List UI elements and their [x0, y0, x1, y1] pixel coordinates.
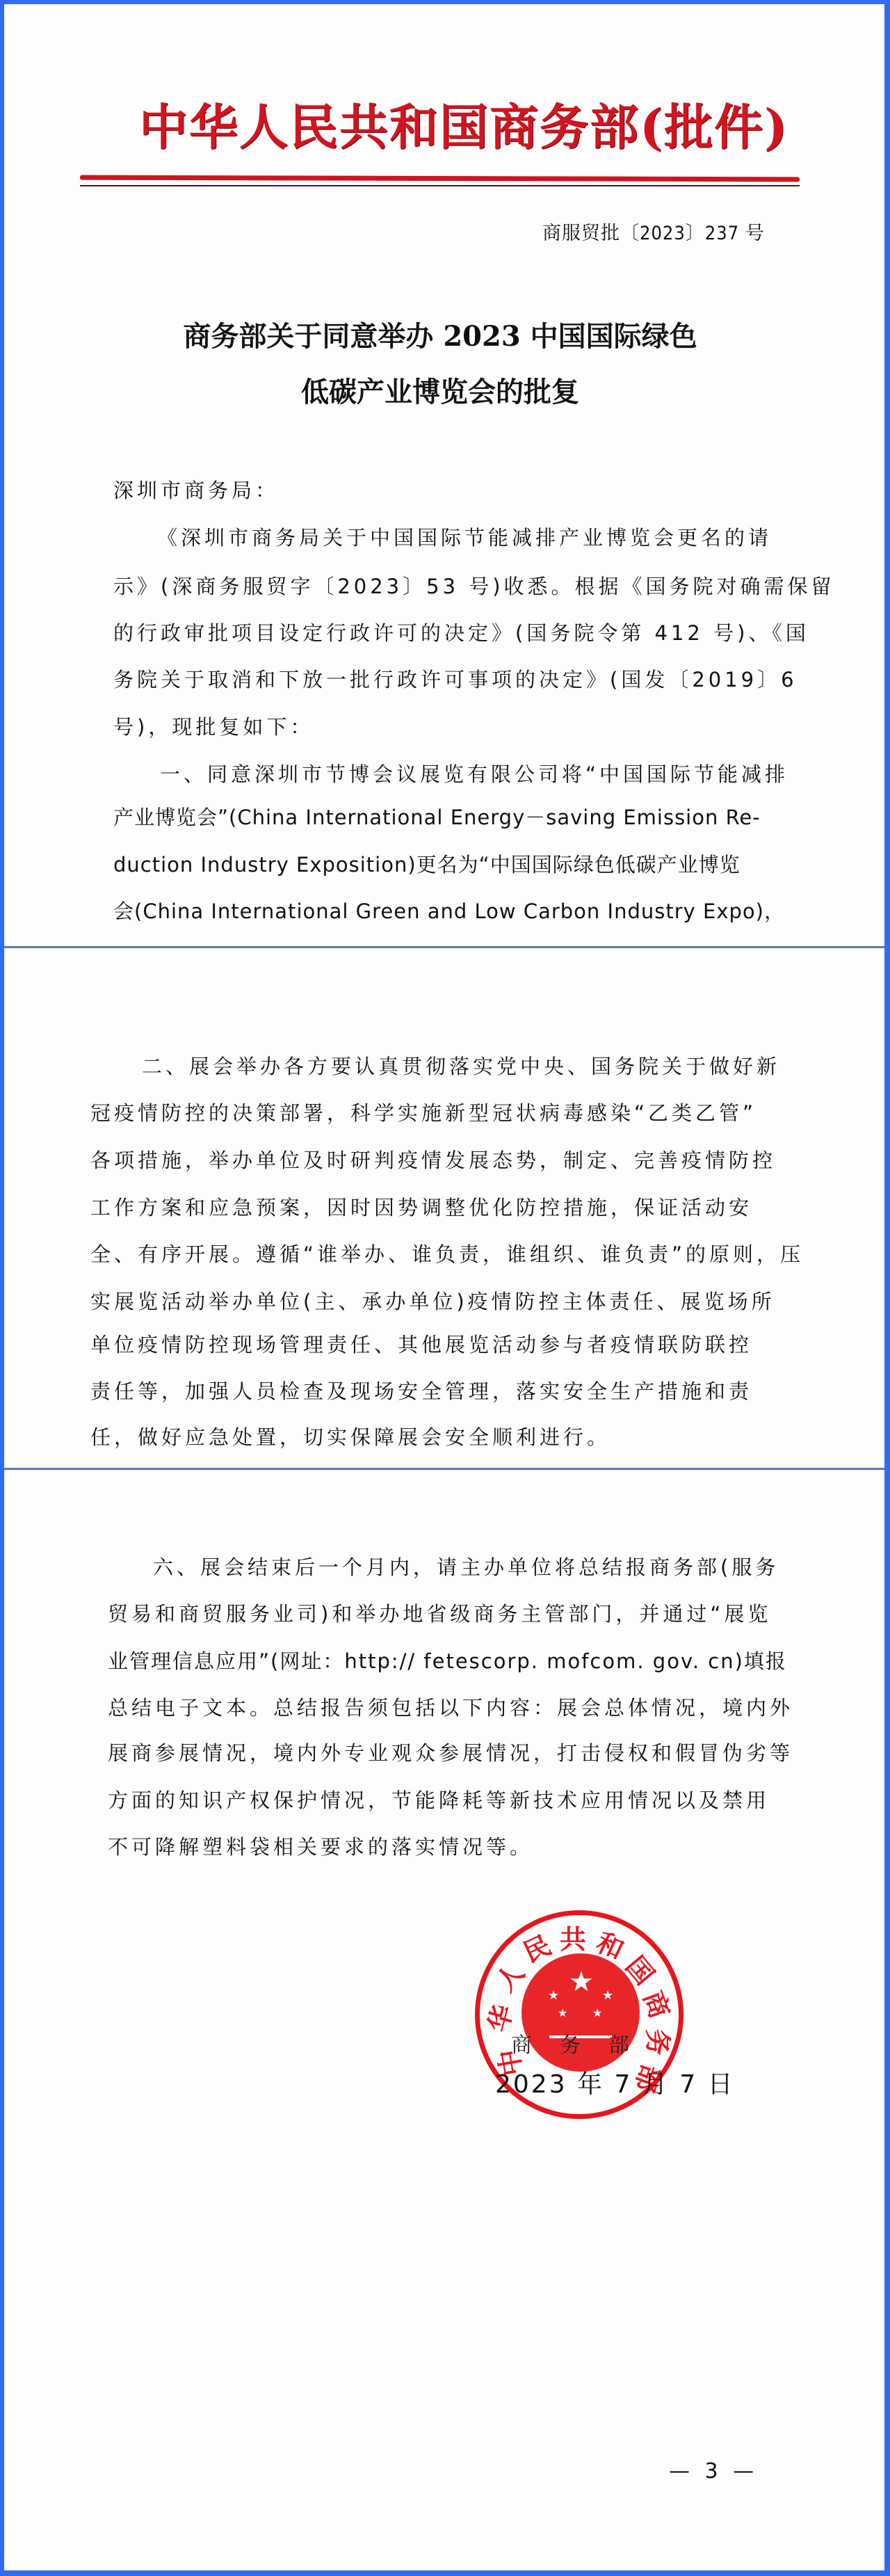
masthead-title: 中华人民共和国商务部(批件): [139, 97, 751, 157]
section-2-line: 二、展会举办各方要认真贯彻落实党中央、国务院关于做好新: [142, 1053, 780, 1080]
section-2-line: 实展览活动举办单位(主、承办单位)疫情防控主体责任、展览场所: [90, 1288, 775, 1315]
intro-line: 务院关于取消和下放一批行政许可事项的决定》(国发〔2019〕6: [113, 666, 798, 694]
section-2-line: 任，做好应急处置，切实保障展会安全顺利进行。: [90, 1423, 610, 1451]
document-number: 商服贸批〔2023〕237 号: [542, 218, 765, 245]
page-number: — 3 —: [669, 2459, 758, 2483]
intro-line: 的行政审批项目设定行政许可的决定》(国务院令第 412 号)、《国: [113, 619, 809, 647]
panel-divider: [4, 946, 884, 948]
section-6-line: 展商参展情况，境内外专业观众参展情况，打击侵权和假冒伪劣等: [108, 1739, 793, 1767]
section-2-line: 责任等，加强人员检查及现场安全管理，落实安全生产措施和责: [90, 1377, 752, 1405]
section-2-line: 单位疫情防控现场管理责任、其他展览活动参与者疫情联防联控: [90, 1331, 752, 1359]
intro-line: 《深圳市商务局关于中国国际节能减排产业博览会更名的请: [157, 524, 772, 552]
panel-divider: [4, 1468, 884, 1470]
masthead-thin-rule: [80, 185, 800, 186]
section-2-line: 全、有序开展。遵循“谁举办、谁负责，谁组织、谁负责”的原则，压: [90, 1240, 804, 1268]
section-6-line: 业管理信息应用”(网址：http:// fetescorp. mofcom. g…: [108, 1647, 787, 1675]
intro-line: 号)，现批复如下：: [113, 713, 314, 741]
section-2-line: 冠疫情防控的决策部署，科学实施新型冠状病毒感染“乙类乙管”: [90, 1099, 756, 1127]
section-6-line: 不可降解塑料袋相关要求的落实情况等。: [108, 1833, 533, 1861]
section-6-line: 总结电子文本。总结报告须包括以下内容：展会总体情况，境内外: [108, 1694, 793, 1722]
section-1-line: duction Industry Exposition)更名为“中国国际绿色低碳…: [113, 851, 741, 879]
section-1-line: 会(China International Green and Low Carb…: [113, 897, 785, 925]
section-6-line: 方面的知识产权保护情况，节能降耗等新技术应用情况以及禁用: [108, 1786, 770, 1814]
document-title-line-1: 商务部关于同意举办 2023 中国国际绿色: [0, 314, 880, 354]
salutation: 深圳市商务局：: [113, 477, 279, 504]
section-1-line: 一、同意深圳市节博会议展览有限公司将“中国国际节能减排: [160, 760, 788, 788]
section-1-line: 产业博览会”(China International Energy－saving…: [113, 803, 761, 831]
section-6-line: 六、展会结束后一个月内，请主办单位将总结报商务部(服务: [153, 1553, 779, 1581]
signature-organization: 商务部: [511, 2028, 657, 2058]
intro-line: 示》(深商务服贸字〔2023〕53 号)收悉。根据《国务院对确需保留: [113, 573, 835, 600]
section-2-line: 各项措施，举办单位及时研判疫情发展态势，制定、完善疫情防控: [90, 1146, 776, 1174]
section-6-line: 贸易和商贸服务业司)和举办地省级商务主管部门，并通过“展览: [108, 1600, 771, 1628]
section-2-line: 工作方案和应急预案，因时因势调整优化防控措施，保证活动安: [90, 1194, 752, 1222]
document-title-line-2: 低碳产业博览会的批复: [0, 370, 880, 410]
signature-date: 2023 年 7 月 7 日: [495, 2065, 735, 2100]
